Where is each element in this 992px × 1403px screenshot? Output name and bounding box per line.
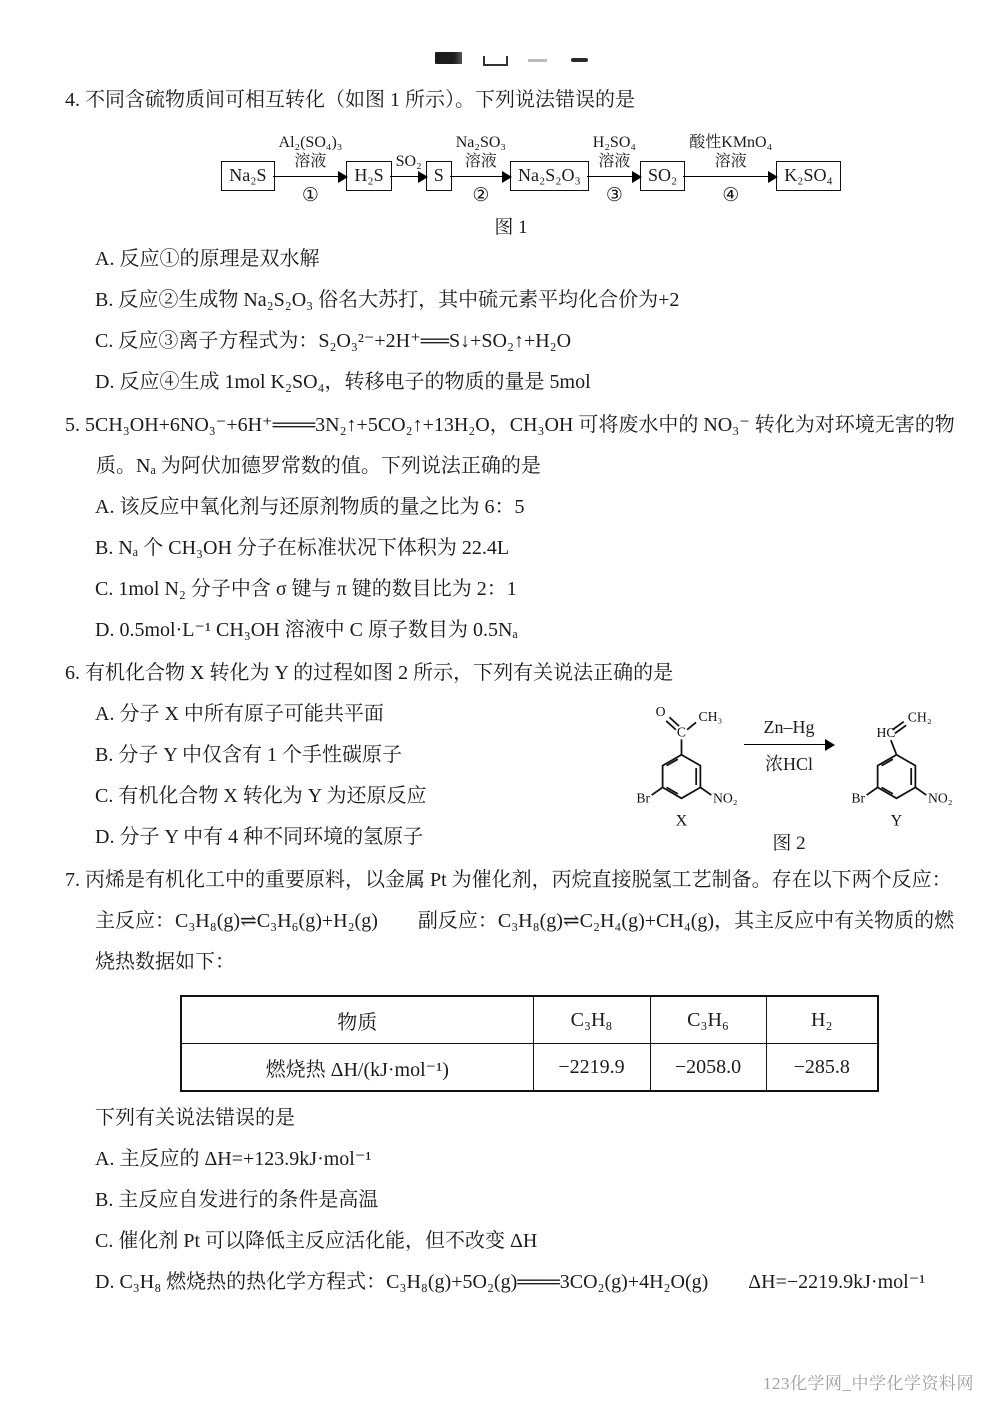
flow-arrow-4: H₂SO₄ 溶液 ③ [589,127,640,209]
flow-step-number: ③ [606,184,623,209]
flow-arrow-3: Na₂SO₃ 溶液 ② [452,127,510,209]
flow-arrow-1: Al₂(SO₄)₃ 溶液 ① [275,127,347,209]
figure-2: C O CH₃ Br NO₂ X Zn–Hg 浓HCl [621,690,957,855]
figure-1-flow-diagram: Na₂S Al₂(SO₄)₃ 溶液 ① H₂S SO₂ [105,127,957,209]
flow-box-na2s: Na₂S [221,161,274,191]
flow-arrow-5-reagent-2: 溶液 [715,152,747,171]
x-methyl-group: CH₃ [698,709,722,724]
q5-option-a: A. 该反应中氧化剂与还原剂物质的量之比为 6：5 [95,487,957,528]
question-6-stem: 6. 有机化合物 X 转化为 Y 的过程如图 2 所示，下列有关说法正确的是 [65,653,957,694]
molecule-y-structure: HC CH₂ Br NO₂ Y [836,690,957,834]
arrow-right-icon [589,171,640,184]
reaction-condition-bottom: 浓HCl [765,752,813,776]
question-7-lead: 下列有关说法错误的是 [95,1098,957,1139]
y-ch2-group: CH₂ [908,710,932,725]
flow-arrow-2: SO₂ [392,127,426,209]
q5-option-b: B. Nₐ 个 CH₃OH 分子在标准状况下体积为 22.4L [95,528,957,569]
question-5-stem: 5. 5CH₃OH+6NO₃⁻+6H⁺═══3N₂↑+5CO₂↑+13H₂O，C… [65,405,957,487]
arrow-right-icon [275,171,347,184]
q5-option-d: D. 0.5mol·L⁻¹ CH₃OH 溶液中 C 原子数目为 0.5Nₐ [95,610,957,651]
q4-option-b: B. 反应②生成物 Na₂S₂O₃ 俗名大苏打，其中硫元素平均化合价为+2 [95,280,957,321]
table-row-label: 燃烧热 ΔH/(kJ·mol⁻¹) [181,1044,533,1092]
q4-option-c: C. 反应③离子方程式为：S₂O₃²⁻+2H⁺══S↓+SO₂↑+H₂O [95,321,957,362]
x-no2-group: NO₂ [713,790,738,805]
arrow-right-icon [392,171,426,184]
table-header-c3h8: C₃H₈ [533,996,650,1044]
x-br-group: Br [636,790,650,805]
question-6: 6. 有机化合物 X 转化为 Y 的过程如图 2 所示，下列有关说法正确的是 A… [65,653,957,858]
flow-arrow-5-reagent: 酸性KMnO₄ [689,133,772,152]
flow-arrow-4-reagent-2: 溶液 [598,152,630,171]
flow-arrow-3-reagent: Na₂SO₃ [456,133,506,152]
reaction-conditions: Zn–Hg 浓HCl [744,715,834,776]
x-carbonyl-o: O [656,704,666,719]
q6-option-a: A. 分子 X 中所有原子可能共平面 [95,694,621,735]
molecule-x-label: X [676,813,688,830]
flow-arrow-2-reagent-2: SO₂ [396,152,422,171]
q7-option-a: A. 主反应的 ΔH=+123.9kJ·mol⁻¹ [95,1139,957,1180]
flow-box-s: S [426,161,452,191]
flow-arrow-3-reagent-2: 溶液 [465,152,497,171]
molecule-y-label: Y [891,813,903,830]
molecule-x-structure: C O CH₃ Br NO₂ X [621,690,742,834]
scan-artifact [483,56,508,66]
q6-option-b: B. 分子 Y 中仅含有 1 个手性碳原子 [95,735,621,776]
question-7: 7. 丙烯是有机化工中的重要原料，以金属 Pt 为催化剂，丙烷直接脱氢工艺制备。… [65,860,957,1303]
question-5: 5. 5CH₃OH+6NO₃⁻+6H⁺═══3N₂↑+5CO₂↑+13H₂O，C… [65,405,957,651]
y-no2-group: NO₂ [928,790,953,805]
flow-step-number: ① [302,184,319,209]
arrow-right-icon [744,739,834,752]
table-header-substance: 物质 [181,996,533,1044]
q7-option-b: B. 主反应自发进行的条件是高温 [95,1180,957,1221]
y-br-group: Br [851,790,865,805]
reaction-condition-top: Zn–Hg [764,715,815,739]
question-4-stem: 4. 不同含硫物质间可相互转化（如图 1 所示）。下列说法错误的是 [65,80,957,121]
flow-arrow-4-reagent: H₂SO₄ [593,133,636,152]
scan-artifact [528,59,547,62]
flow-arrow-1-reagent-2: 溶液 [294,152,326,171]
q5-option-c: C. 1mol N₂ 分子中含 σ 键与 π 键的数目比为 2：1 [95,569,957,610]
heat-value-h2: −285.8 [766,1044,878,1092]
scan-artifact [571,58,588,62]
flow-step-number: ④ [722,184,739,209]
arrow-right-icon [685,171,776,184]
table-header-row: 物质 C₃H₈ C₃H₆ H₂ [181,996,878,1044]
x-carbonyl-c: C [677,725,686,740]
flow-arrow-5: 酸性KMnO₄ 溶液 ④ [685,127,776,209]
flow-box-k2so4: K₂SO₄ [776,161,841,191]
question-7-stem: 7. 丙烯是有机化工中的重要原料，以金属 Pt 为催化剂，丙烷直接脱氢工艺制备。… [65,860,957,901]
table-header-h2: H₂ [766,996,878,1044]
flow-step-number: ② [472,184,489,209]
exam-page: 4. 不同含硫物质间可相互转化（如图 1 所示）。下列说法错误的是 Na₂S A… [0,0,992,1403]
heat-value-c3h6: −2058.0 [650,1044,766,1092]
scan-artifact [435,52,462,64]
table-row: 燃烧热 ΔH/(kJ·mol⁻¹) −2219.9 −2058.0 −285.8 [181,1044,878,1092]
q6-option-c: C. 有机化合物 X 转化为 Y 为还原反应 [95,776,621,817]
q4-option-d: D. 反应④生成 1mol K₂SO₄，转移电子的物质的量是 5mol [95,362,957,403]
flow-box-h2s: H₂S [346,161,391,191]
site-watermark: 123化学网_中学化学资料网 [763,1369,974,1394]
flow-box-na2s2o3: Na₂S₂O₃ [510,161,589,191]
q7-option-c: C. 催化剂 Pt 可以降低主反应活化能，但不改变 ΔH [95,1221,957,1262]
heat-value-c3h8: −2219.9 [533,1044,650,1092]
y-hc-group: HC [876,725,895,740]
q4-option-a: A. 反应①的原理是双水解 [95,239,957,280]
question-7-reactions: 主反应：C₃H₈(g)⇌C₃H₆(g)+H₂(g) 副反应：C₃H₈(g)⇌C₂… [95,901,957,983]
flow-arrow-1-reagent: Al₂(SO₄)₃ [279,133,343,152]
figure-1-caption: 图 1 [65,212,957,239]
flow-box-so2: SO₂ [640,161,685,191]
q6-option-d: D. 分子 Y 中有 4 种不同环境的氢原子 [95,817,621,858]
table-header-c3h6: C₃H₆ [650,996,766,1044]
arrow-right-icon [452,171,510,184]
combustion-heat-table: 物质 C₃H₈ C₃H₆ H₂ 燃烧热 ΔH/(kJ·mol⁻¹) −2219.… [180,995,879,1092]
question-4: 4. 不同含硫物质间可相互转化（如图 1 所示）。下列说法错误的是 Na₂S A… [65,80,957,403]
q7-option-d: D. C₃H₈ 燃烧热的热化学方程式：C₃H₈(g)+5O₂(g)═══3CO₂… [95,1262,957,1303]
